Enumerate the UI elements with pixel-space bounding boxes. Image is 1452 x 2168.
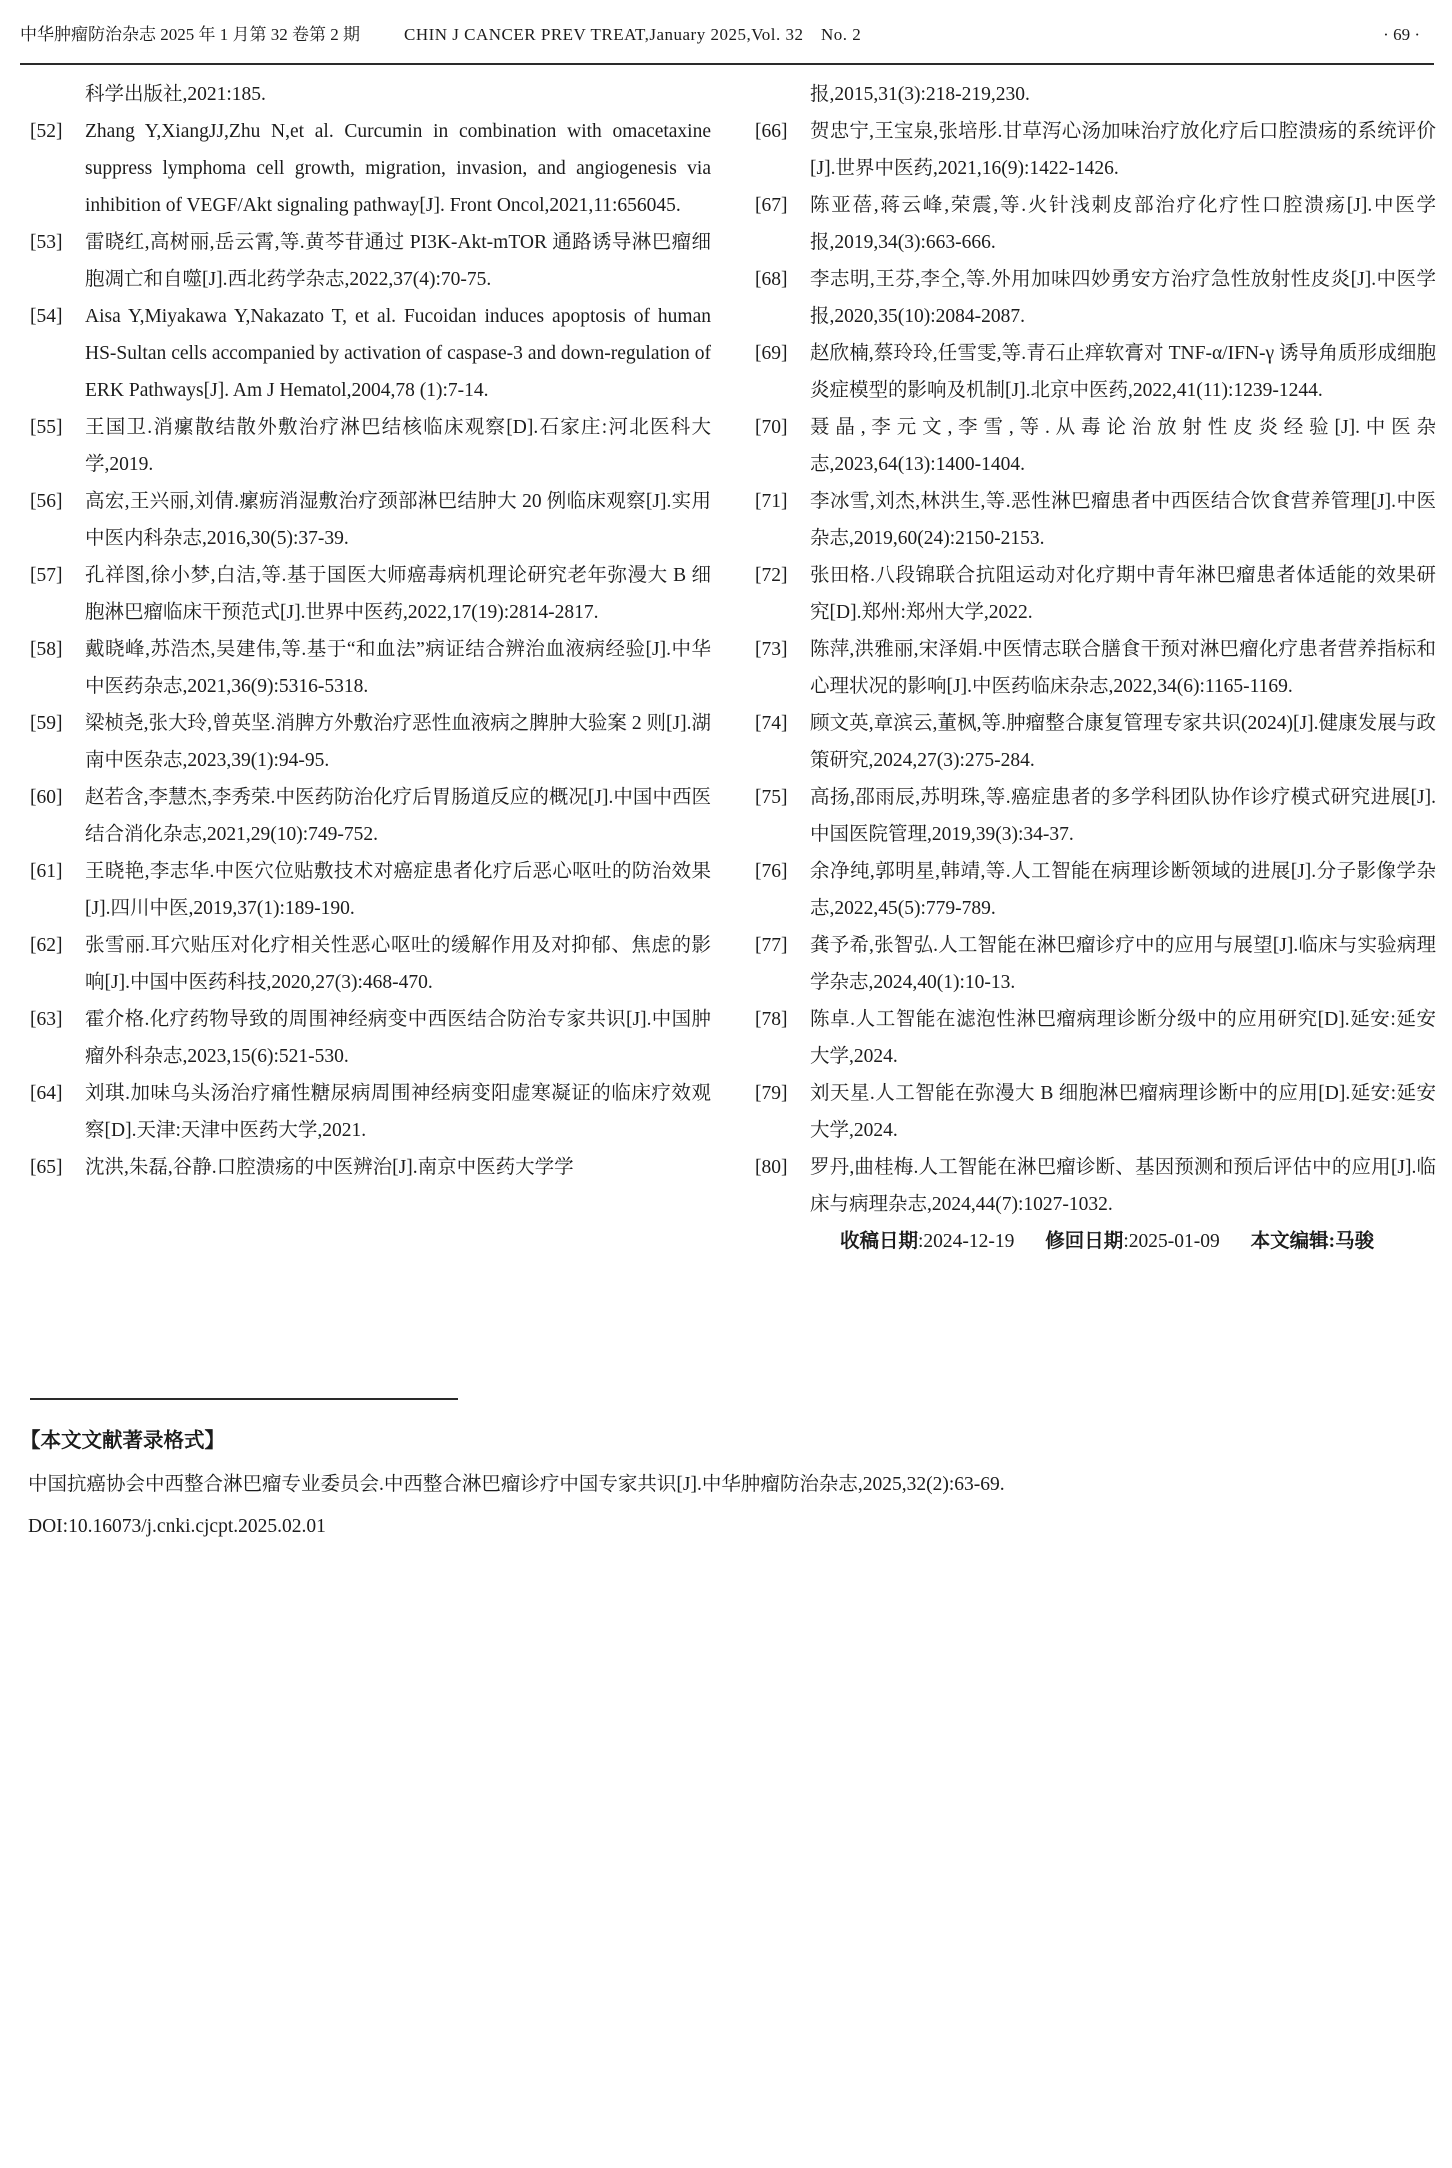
reference-item: [63] 霍介格.化疗药物导致的周围神经病变中西医结合防治专家共识[J].中国肿… bbox=[30, 1001, 711, 1075]
reference-item: [69] 赵欣楠,蔡玲玲,任雪雯,等.青石止痒软膏对 TNF-α/IFN-γ 诱… bbox=[755, 335, 1436, 409]
references-right-column: 报,2015,31(3):218-219,230. [66] 贺忠宁,王宝泉,张… bbox=[755, 76, 1436, 1260]
reference-number: [70] bbox=[755, 409, 788, 446]
reference-number: [67] bbox=[755, 187, 788, 224]
reference-text: Aisa Y,Miyakawa Y,Nakazato T, et al. Fuc… bbox=[85, 306, 711, 401]
reference-number: [69] bbox=[755, 335, 788, 372]
reference-number: [74] bbox=[755, 705, 788, 742]
reference-number: [79] bbox=[755, 1075, 788, 1112]
reference-text: 张雪丽.耳穴贴压对化疗相关性恶心呕吐的缓解作用及对抑郁、焦虑的影响[J].中国中… bbox=[85, 935, 711, 993]
references-left-column: 科学出版社,2021:185. [52] Zhang Y,XiangJJ,Zhu… bbox=[30, 76, 711, 1260]
date-value: :马骏 bbox=[1329, 1231, 1375, 1252]
reference-text: 刘天星.人工智能在弥漫大 B 细胞淋巴瘤病理诊断中的应用[D].延安:延安大学,… bbox=[810, 1083, 1436, 1141]
date-item: 修回日期:2025-01-09 bbox=[1045, 1231, 1219, 1252]
reference-number: [58] bbox=[30, 631, 63, 668]
journal-page: 中华肿瘤防治杂志 2025 年 1 月第 32 卷第 2 期 CHIN J CA… bbox=[0, 0, 1452, 2168]
reference-text: 余净纯,郭明星,韩靖,等.人工智能在病理诊断领域的进展[J].分子影像学杂志,2… bbox=[810, 861, 1436, 919]
reference-item: [78] 陈卓.人工智能在滤泡性淋巴瘤病理诊断分级中的应用研究[D].延安:延安… bbox=[755, 1001, 1436, 1075]
page-number: · 69 · bbox=[1383, 25, 1420, 45]
reference-text: 罗丹,曲桂梅.人工智能在淋巴瘤诊断、基因预测和预后评估中的应用[J].临床与病理… bbox=[810, 1157, 1436, 1215]
running-head: 中华肿瘤防治杂志 2025 年 1 月第 32 卷第 2 期 CHIN J CA… bbox=[20, 20, 1432, 45]
journal-title-en: CHIN J CANCER PREV TREAT,January 2025,Vo… bbox=[404, 20, 861, 45]
citation-format-block: 【本文文献著录格式】 中国抗癌协会中西整合淋巴瘤专业委员会.中西整合淋巴瘤诊疗中… bbox=[20, 1398, 1432, 1540]
reference-number: [54] bbox=[30, 298, 63, 335]
reference-item: 科学出版社,2021:185. bbox=[30, 76, 711, 113]
reference-item: [55] 王国卫.消瘰散结散外敷治疗淋巴结核临床观察[D].石家庄:河北医科大学… bbox=[30, 409, 711, 483]
reference-item: [65] 沈洪,朱磊,谷静.口腔溃疡的中医辨治[J].南京中医药大学学 bbox=[30, 1149, 711, 1186]
reference-text: 雷晓红,高树丽,岳云霄,等.黄芩苷通过 PI3K-Akt-mTOR 通路诱导淋巴… bbox=[85, 232, 711, 290]
reference-item: [77] 龚予希,张智弘.人工智能在淋巴瘤诊疗中的应用与展望[J].临床与实验病… bbox=[755, 927, 1436, 1001]
citation-format-heading: 【本文文献著录格式】 bbox=[20, 1428, 1432, 1454]
reference-item: [72] 张田格.八段锦联合抗阻运动对化疗期中青年淋巴瘤患者体适能的效果研究[D… bbox=[755, 557, 1436, 631]
reference-item: 报,2015,31(3):218-219,230. bbox=[755, 76, 1436, 113]
reference-item: [54] Aisa Y,Miyakawa Y,Nakazato T, et al… bbox=[30, 298, 711, 409]
reference-item: [53] 雷晓红,高树丽,岳云霄,等.黄芩苷通过 PI3K-Akt-mTOR 通… bbox=[30, 224, 711, 298]
dates-line: 收稿日期:2024-12-19 修回日期:2025-01-09 本文编辑:马骏 bbox=[840, 1223, 1436, 1260]
reference-number: [63] bbox=[30, 1001, 63, 1038]
reference-number: [65] bbox=[30, 1149, 63, 1186]
reference-number: [52] bbox=[30, 113, 63, 150]
citation-format-text: 中国抗癌协会中西整合淋巴瘤专业委员会.中西整合淋巴瘤诊疗中国专家共识[J].中华… bbox=[28, 1472, 1432, 1498]
reference-text: 聂晶,李元文,李雪,等.从毒论治放射性皮炎经验[J].中医杂志,2023,64(… bbox=[810, 417, 1436, 475]
reference-text: 高扬,邵雨辰,苏明珠,等.癌症患者的多学科团队协作诊疗模式研究进展[J].中国医… bbox=[810, 787, 1436, 845]
reference-item: [60] 赵若含,李慧杰,李秀荣.中医药防治化疗后胃肠道反应的概况[J].中国中… bbox=[30, 779, 711, 853]
reference-text: 戴晓峰,苏浩杰,吴建伟,等.基于“和血法”病证结合辨治血液病经验[J].中华中医… bbox=[85, 639, 711, 697]
reference-number: [57] bbox=[30, 557, 63, 594]
reference-text: 陈萍,洪雅丽,宋泽娟.中医情志联合膳食干预对淋巴瘤化疗患者营养指标和心理状况的影… bbox=[810, 639, 1436, 697]
reference-number: [60] bbox=[30, 779, 63, 816]
footer-rule bbox=[30, 1398, 458, 1400]
reference-text: 顾文英,章滨云,董枫,等.肿瘤整合康复管理专家共识(2024)[J].健康发展与… bbox=[810, 713, 1436, 771]
reference-item: [76] 余净纯,郭明星,韩靖,等.人工智能在病理诊断领域的进展[J].分子影像… bbox=[755, 853, 1436, 927]
reference-number: [76] bbox=[755, 853, 788, 890]
reference-text: 王晓艳,李志华.中医穴位贴敷技术对癌症患者化疗后恶心呕吐的防治效果[J].四川中… bbox=[85, 861, 711, 919]
reference-item: [80] 罗丹,曲桂梅.人工智能在淋巴瘤诊断、基因预测和预后评估中的应用[J].… bbox=[755, 1149, 1436, 1223]
date-label: 收稿日期 bbox=[840, 1231, 918, 1252]
reference-item: [62] 张雪丽.耳穴贴压对化疗相关性恶心呕吐的缓解作用及对抑郁、焦虑的影响[J… bbox=[30, 927, 711, 1001]
date-label: 本文编辑 bbox=[1251, 1231, 1329, 1252]
reference-text: 沈洪,朱磊,谷静.口腔溃疡的中医辨治[J].南京中医药大学学 bbox=[85, 1157, 574, 1178]
reference-number: [55] bbox=[30, 409, 63, 446]
reference-text: 梁桢尧,张大玲,曾英坚.消脾方外敷治疗恶性血液病之脾肿大验案 2 则[J].湖南… bbox=[85, 713, 711, 771]
reference-item: [66] 贺忠宁,王宝泉,张培彤.甘草泻心汤加味治疗放化疗后口腔溃疡的系统评价[… bbox=[755, 113, 1436, 187]
reference-item: [58] 戴晓峰,苏浩杰,吴建伟,等.基于“和血法”病证结合辨治血液病经验[J]… bbox=[30, 631, 711, 705]
reference-text: 张田格.八段锦联合抗阻运动对化疗期中青年淋巴瘤患者体适能的效果研究[D].郑州:… bbox=[810, 565, 1436, 623]
date-label: 修回日期 bbox=[1045, 1231, 1123, 1252]
reference-number: [75] bbox=[755, 779, 788, 816]
reference-item: [73] 陈萍,洪雅丽,宋泽娟.中医情志联合膳食干预对淋巴瘤化疗患者营养指标和心… bbox=[755, 631, 1436, 705]
reference-text: 孔祥图,徐小梦,白洁,等.基于国医大师癌毒病机理论研究老年弥漫大 B 细胞淋巴瘤… bbox=[85, 565, 711, 623]
reference-number: [71] bbox=[755, 483, 788, 520]
reference-number: [77] bbox=[755, 927, 788, 964]
reference-item: [75] 高扬,邵雨辰,苏明珠,等.癌症患者的多学科团队协作诊疗模式研究进展[J… bbox=[755, 779, 1436, 853]
reference-text: 陈亚蓓,蒋云峰,荣震,等.火针浅刺皮部治疗化疗性口腔溃疡[J].中医学报,201… bbox=[810, 195, 1436, 253]
date-item: 本文编辑:马骏 bbox=[1251, 1231, 1375, 1252]
reference-item: [52] Zhang Y,XiangJJ,Zhu N,et al. Curcum… bbox=[30, 113, 711, 224]
reference-item: [59] 梁桢尧,张大玲,曾英坚.消脾方外敷治疗恶性血液病之脾肿大验案 2 则[… bbox=[30, 705, 711, 779]
reference-text: 王国卫.消瘰散结散外敷治疗淋巴结核临床观察[D].石家庄:河北医科大学,2019… bbox=[85, 417, 711, 475]
reference-text: Zhang Y,XiangJJ,Zhu N,et al. Curcumin in… bbox=[85, 121, 711, 216]
reference-item: [71] 李冰雪,刘杰,林洪生,等.恶性淋巴瘤患者中西医结合饮食营养管理[J].… bbox=[755, 483, 1436, 557]
reference-number: [56] bbox=[30, 483, 63, 520]
reference-text: 科学出版社,2021:185. bbox=[85, 84, 266, 105]
reference-text: 李冰雪,刘杰,林洪生,等.恶性淋巴瘤患者中西医结合饮食营养管理[J].中医杂志,… bbox=[810, 491, 1436, 549]
reference-number: [68] bbox=[755, 261, 788, 298]
reference-text: 霍介格.化疗药物导致的周围神经病变中西医结合防治专家共识[J].中国肿瘤外科杂志… bbox=[85, 1009, 711, 1067]
reference-number: [62] bbox=[30, 927, 63, 964]
doi-text: DOI:10.16073/j.cnki.cjcpt.2025.02.01 bbox=[28, 1514, 1432, 1540]
reference-item: [56] 高宏,王兴丽,刘倩.瘰疬消湿敷治疗颈部淋巴结肿大 20 例临床观察[J… bbox=[30, 483, 711, 557]
reference-text: 龚予希,张智弘.人工智能在淋巴瘤诊疗中的应用与展望[J].临床与实验病理学杂志,… bbox=[810, 935, 1436, 993]
reference-text: 赵欣楠,蔡玲玲,任雪雯,等.青石止痒软膏对 TNF-α/IFN-γ 诱导角质形成… bbox=[810, 343, 1436, 401]
reference-item: [61] 王晓艳,李志华.中医穴位贴敷技术对癌症患者化疗后恶心呕吐的防治效果[J… bbox=[30, 853, 711, 927]
reference-number: [53] bbox=[30, 224, 63, 261]
reference-number: [66] bbox=[755, 113, 788, 150]
reference-item: [68] 李志明,王芬,李仝,等.外用加味四妙勇安方治疗急性放射性皮炎[J].中… bbox=[755, 261, 1436, 335]
reference-text: 陈卓.人工智能在滤泡性淋巴瘤病理诊断分级中的应用研究[D].延安:延安大学,20… bbox=[810, 1009, 1436, 1067]
header-rule bbox=[20, 63, 1434, 65]
reference-text: 报,2015,31(3):218-219,230. bbox=[810, 84, 1030, 105]
reference-text: 李志明,王芬,李仝,等.外用加味四妙勇安方治疗急性放射性皮炎[J].中医学报,2… bbox=[810, 269, 1436, 327]
reference-item: [57] 孔祥图,徐小梦,白洁,等.基于国医大师癌毒病机理论研究老年弥漫大 B … bbox=[30, 557, 711, 631]
reference-item: [67] 陈亚蓓,蒋云峰,荣震,等.火针浅刺皮部治疗化疗性口腔溃疡[J].中医学… bbox=[755, 187, 1436, 261]
reference-item: [79] 刘天星.人工智能在弥漫大 B 细胞淋巴瘤病理诊断中的应用[D].延安:… bbox=[755, 1075, 1436, 1149]
reference-text: 高宏,王兴丽,刘倩.瘰疬消湿敷治疗颈部淋巴结肿大 20 例临床观察[J].实用中… bbox=[85, 491, 711, 549]
date-value: :2024-12-19 bbox=[918, 1231, 1014, 1252]
reference-number: [78] bbox=[755, 1001, 788, 1038]
reference-text: 赵若含,李慧杰,李秀荣.中医药防治化疗后胃肠道反应的概况[J].中国中西医结合消… bbox=[85, 787, 711, 845]
reference-number: [73] bbox=[755, 631, 788, 668]
reference-number: [59] bbox=[30, 705, 63, 742]
reference-text: 贺忠宁,王宝泉,张培彤.甘草泻心汤加味治疗放化疗后口腔溃疡的系统评价[J].世界… bbox=[810, 121, 1436, 179]
date-item: 收稿日期:2024-12-19 bbox=[840, 1231, 1014, 1252]
reference-number: [61] bbox=[30, 853, 63, 890]
references-section: 科学出版社,2021:185. [52] Zhang Y,XiangJJ,Zhu… bbox=[30, 76, 1436, 1260]
reference-item: [74] 顾文英,章滨云,董枫,等.肿瘤整合康复管理专家共识(2024)[J].… bbox=[755, 705, 1436, 779]
reference-item: [70] 聂晶,李元文,李雪,等.从毒论治放射性皮炎经验[J].中医杂志,202… bbox=[755, 409, 1436, 483]
reference-number: [64] bbox=[30, 1075, 63, 1112]
date-value: :2025-01-09 bbox=[1123, 1231, 1219, 1252]
reference-number: [80] bbox=[755, 1149, 788, 1186]
journal-title-cn: 中华肿瘤防治杂志 2025 年 1 月第 32 卷第 2 期 bbox=[20, 20, 360, 45]
reference-number: [72] bbox=[755, 557, 788, 594]
reference-text: 刘琪.加味乌头汤治疗痛性糖尿病周围神经病变阳虚寒凝证的临床疗效观察[D].天津:… bbox=[85, 1083, 711, 1141]
reference-item: [64] 刘琪.加味乌头汤治疗痛性糖尿病周围神经病变阳虚寒凝证的临床疗效观察[D… bbox=[30, 1075, 711, 1149]
